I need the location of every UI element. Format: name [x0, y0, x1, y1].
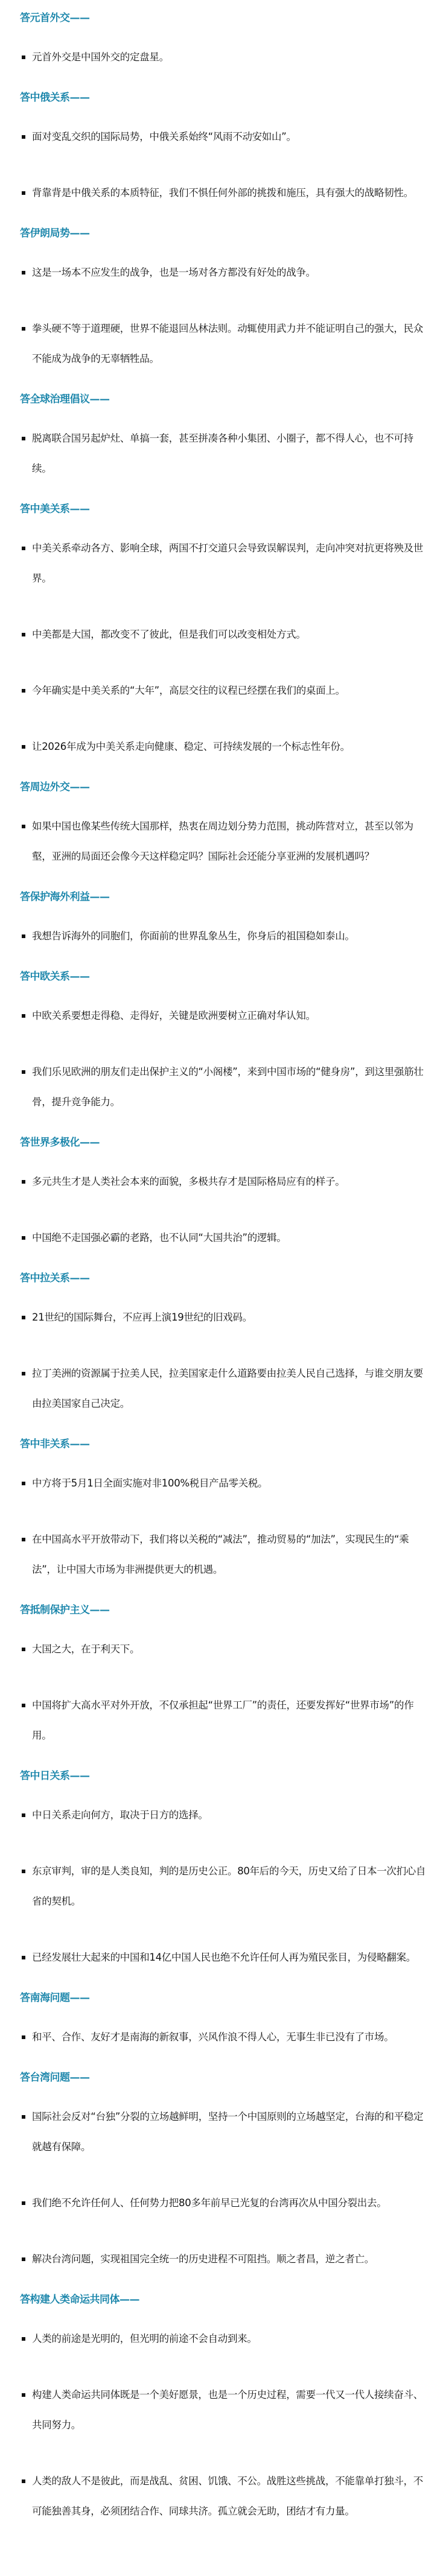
list-item: 解决台湾问题，实现祖国完全统一的历史进程不可阻挡。顺之者昌，逆之者亡。	[20, 2244, 432, 2274]
point-list: 脱离联合国另起炉灶、单搞一套，甚至拼凑各种小集团、小圈子，都不得人心，也不可持续…	[20, 424, 432, 484]
square-bullet-icon	[22, 547, 25, 550]
square-bullet-icon	[22, 2393, 25, 2397]
square-bullet-icon	[22, 1870, 25, 1873]
section-heading: 答抵制保护主义——	[20, 1598, 432, 1622]
point-text: 国际社会反对“台独”分裂的立场越鲜明，坚持一个中国原则的立场越坚定，台海的和平稳…	[32, 2111, 423, 2152]
section-heading: 答中欧关系——	[20, 965, 432, 989]
point-text: 元首外交是中国外交的定盘星。	[32, 51, 169, 63]
square-bullet-icon	[22, 1956, 25, 1959]
section-overseas-interests: 答保护海外利益—— 我想告诉海外的同胞们，你面前的世界乱象丛生，你身后的祖国稳如…	[20, 885, 432, 951]
list-item: 中方将于5月1日全面实施对非100%税目产品零关税。	[20, 1468, 432, 1499]
point-list: 多元共生才是人类社会本来的面貌，多极共存才是国际格局应有的样子。 中国绝不走国强…	[20, 1167, 432, 1253]
square-bullet-icon	[22, 934, 25, 938]
point-text: 今年确实是中美关系的“大年”，高层交往的议程已经摆在我们的桌面上。	[32, 685, 345, 696]
list-item: 多元共生才是人类社会本来的面貌，多极共存才是国际格局应有的样子。	[20, 1167, 432, 1197]
square-bullet-icon	[22, 1316, 25, 1319]
list-item: 让2026年成为中美关系走向健康、稳定、可持续发展的一个标志性年份。	[20, 732, 432, 762]
point-text: 中国绝不走国强必霸的老路，也不认同“大国共治”的逻辑。	[32, 1232, 287, 1243]
list-item: 我想告诉海外的同胞们，你面前的世界乱象丛生，你身后的祖国稳如泰山。	[20, 921, 432, 951]
square-bullet-icon	[22, 2337, 25, 2341]
point-text: 这是一场本不应发生的战争，也是一场对各方都没有好处的战争。	[32, 267, 316, 278]
point-list: 国际社会反对“台独”分裂的立场越鲜明，坚持一个中国原则的立场越坚定，台海的和平稳…	[20, 2102, 432, 2274]
square-bullet-icon	[22, 825, 25, 828]
section-iran: 答伊朗局势—— 这是一场本不应发生的战争，也是一场对各方都没有好处的战争。 拳头…	[20, 221, 432, 374]
section-heading: 答元首外交——	[20, 6, 432, 30]
list-item: 我们乐见欧洲的朋友们走出保护主义的“小阁楼”，来到中国市场的“健身房”，到这里强…	[20, 1057, 432, 1117]
point-list: 和平、合作、友好才是南海的新叙事，兴风作浪不得人心，无事生非已没有了市场。	[20, 2022, 432, 2052]
square-bullet-icon	[22, 633, 25, 636]
point-list: 大国之大，在于利天下。 中国将扩大高水平对外开放，不仅承担起“世界工厂”的责任，…	[20, 1634, 432, 1751]
point-text: 我们乐见欧洲的朋友们走出保护主义的“小阁楼”，来到中国市场的“健身房”，到这里强…	[32, 1066, 424, 1108]
section-taiwan: 答台湾问题—— 国际社会反对“台独”分裂的立场越鲜明，坚持一个中国原则的立场越坚…	[20, 2066, 432, 2274]
list-item: 东京审判，审的是人类良知，判的是历史公正。80年后的今天，历史又给了日本一次扪心…	[20, 1856, 432, 1917]
point-text: 多元共生才是人类社会本来的面貌，多极共存才是国际格局应有的样子。	[32, 1176, 345, 1187]
square-bullet-icon	[22, 2115, 25, 2119]
article-body: 答元首外交—— 元首外交是中国外交的定盘星。 答中俄关系—— 面对变乱交织的国际…	[0, 0, 446, 2576]
point-list: 面对变乱交织的国际局势，中俄关系始终“风雨不动安如山”。 背靠背是中俄关系的本质…	[20, 122, 432, 208]
list-item: 中日关系走向何方，取决于日方的选择。	[20, 1800, 432, 1830]
section-heading: 答南海问题——	[20, 1986, 432, 2010]
section-heading: 答中日关系——	[20, 1764, 432, 1788]
point-text: 中美关系牵动各方、影响全球，两国不打交道只会导致误解误判，走向冲突对抗更将殃及世…	[32, 542, 423, 584]
section-multipolarity: 答世界多极化—— 多元共生才是人类社会本来的面貌，多极共存才是国际格局应有的样子…	[20, 1131, 432, 1253]
list-item: 在中国高水平开放带动下，我们将以关税的“减法”，推动贸易的“加法”，实现民生的“…	[20, 1524, 432, 1585]
square-bullet-icon	[22, 1482, 25, 1485]
point-text: 人类的敌人不是彼此，而是战乱、贫困、饥饿、不公。战胜这些挑战，不能靠单打独斗，不…	[32, 2475, 423, 2517]
square-bullet-icon	[22, 191, 25, 195]
point-text: 中国将扩大高水平对外开放，不仅承担起“世界工厂”的责任，还要发挥好“世界市场”的…	[32, 1699, 413, 1741]
square-bullet-icon	[22, 437, 25, 440]
list-item: 面对变乱交织的国际局势，中俄关系始终“风雨不动安如山”。	[20, 122, 432, 152]
point-list: 元首外交是中国外交的定盘星。	[20, 42, 432, 72]
point-text: 我们绝不允许任何人、任何势力把80多年前早已光复的台湾再次从中国分裂出去。	[32, 2197, 386, 2209]
square-bullet-icon	[22, 1014, 25, 1018]
point-list: 这是一场本不应发生的战争，也是一场对各方都没有好处的战争。 拳头硬不等于道理硬，…	[20, 258, 432, 374]
list-item: 中美关系牵动各方、影响全球，两国不打交道只会导致误解误判，走向冲突对抗更将殃及世…	[20, 533, 432, 594]
point-list: 21世纪的国际舞台，不应再上演19世纪的旧戏码。 拉丁美洲的资源属于拉美人民，拉…	[20, 1302, 432, 1419]
square-bullet-icon	[22, 327, 25, 331]
point-text: 拳头硬不等于道理硬，世界不能退回丛林法则。动辄使用武力并不能证明自己的强大，民众…	[32, 323, 423, 364]
section-heading: 答构建人类命运共同体——	[20, 2288, 432, 2312]
square-bullet-icon	[22, 1180, 25, 1184]
point-list: 中日关系走向何方，取决于日方的选择。 东京审判，审的是人类良知，判的是历史公正。…	[20, 1800, 432, 1973]
point-text: 如果中国也像某些传统大国那样，热衷在周边划分势力范围，挑动阵营对立，甚至以邻为壑…	[32, 820, 413, 862]
square-bullet-icon	[22, 1813, 25, 1817]
point-text: 和平、合作、友好才是南海的新叙事，兴风作浪不得人心，无事生非已没有了市场。	[32, 2031, 393, 2043]
point-text: 面对变乱交织的国际局势，中俄关系始终“风雨不动安如山”。	[32, 131, 296, 142]
section-heading: 答周边外交——	[20, 775, 432, 799]
section-heading: 答全球治理倡议——	[20, 387, 432, 411]
point-text: 已经发展壮大起来的中国和14亿中国人民也绝不允许任何人再为殖民张目，为侵略翻案。	[32, 1952, 416, 1963]
point-text: 中美都是大国，都改变不了彼此，但是我们可以改变相处方式。	[32, 629, 306, 640]
square-bullet-icon	[22, 56, 25, 59]
square-bullet-icon	[22, 2479, 25, 2483]
section-heading: 答中美关系——	[20, 497, 432, 521]
section-heading: 答世界多极化——	[20, 1131, 432, 1155]
point-text: 中方将于5月1日全面实施对非100%税目产品零关税。	[32, 1477, 267, 1489]
point-list: 中方将于5月1日全面实施对非100%税目产品零关税。 在中国高水平开放带动下，我…	[20, 1468, 432, 1585]
square-bullet-icon	[22, 135, 25, 139]
list-item: 这是一场本不应发生的战争，也是一场对各方都没有好处的战争。	[20, 258, 432, 288]
list-item: 中国将扩大高水平对外开放，不仅承担起“世界工厂”的责任，还要发挥好“世界市场”的…	[20, 1690, 432, 1751]
point-text: 人类的前途是光明的，但光明的前途不会自动到来。	[32, 2333, 257, 2344]
section-heading: 答中非关系——	[20, 1432, 432, 1456]
list-item: 中国绝不走国强必霸的老路，也不认同“大国共治”的逻辑。	[20, 1223, 432, 1253]
point-list: 中欧关系要想走得稳、走得好，关键是欧洲要树立正确对华认知。 我们乐见欧洲的朋友们…	[20, 1001, 432, 1117]
point-text: 大国之大，在于利天下。	[32, 1643, 139, 1655]
point-text: 东京审判，审的是人类良知，判的是历史公正。80年后的今天，历史又给了日本一次扪心…	[32, 1865, 425, 1907]
section-china-us: 答中美关系—— 中美关系牵动各方、影响全球，两国不打交道只会导致误解误判，走向冲…	[20, 497, 432, 762]
list-item: 中欧关系要想走得稳、走得好，关键是欧洲要树立正确对华认知。	[20, 1001, 432, 1031]
list-item: 人类的前途是光明的，但光明的前途不会自动到来。	[20, 2324, 432, 2354]
list-item: 背靠背是中俄关系的本质特征，我们不惧任何外部的挑拨和施压，具有强大的战略韧性。	[20, 178, 432, 208]
list-item: 今年确实是中美关系的“大年”，高层交往的议程已经摆在我们的桌面上。	[20, 676, 432, 706]
point-text: 解决台湾问题，实现祖国完全统一的历史进程不可阻挡。顺之者昌，逆之者亡。	[32, 2253, 374, 2265]
point-list: 人类的前途是光明的，但光明的前途不会自动到来。 构建人类命运共同体既是一个美好愿…	[20, 2324, 432, 2527]
point-text: 我想告诉海外的同胞们，你面前的世界乱象丛生，你身后的祖国稳如泰山。	[32, 930, 355, 942]
section-china-japan: 答中日关系—— 中日关系走向何方，取决于日方的选择。 东京审判，审的是人类良知，…	[20, 1764, 432, 1973]
list-item: 人类的敌人不是彼此，而是战乱、贫困、饥饿、不公。战胜这些挑战，不能靠单打独斗，不…	[20, 2466, 432, 2527]
section-community-shared-future: 答构建人类命运共同体—— 人类的前途是光明的，但光明的前途不会自动到来。 构建人…	[20, 2288, 432, 2527]
square-bullet-icon	[22, 1070, 25, 1074]
section-china-russia: 答中俄关系—— 面对变乱交织的国际局势，中俄关系始终“风雨不动安如山”。 背靠背…	[20, 86, 432, 208]
section-heading: 答保护海外利益——	[20, 885, 432, 909]
point-text: 拉丁美洲的资源属于拉美人民，拉美国家走什么道路要由拉美人民自己选择，与谁交朋友要…	[32, 1368, 423, 1409]
section-heading: 答中拉关系——	[20, 1266, 432, 1290]
section-global-governance: 答全球治理倡议—— 脱离联合国另起炉灶、单搞一套，甚至拼凑各种小集团、小圈子，都…	[20, 387, 432, 484]
section-south-china-sea: 答南海问题—— 和平、合作、友好才是南海的新叙事，兴风作浪不得人心，无事生非已没…	[20, 1986, 432, 2052]
square-bullet-icon	[22, 745, 25, 749]
point-text: 背靠背是中俄关系的本质特征，我们不惧任何外部的挑拨和施压，具有强大的战略韧性。	[32, 187, 413, 198]
point-text: 21世纪的国际舞台，不应再上演19世纪的旧戏码。	[32, 1312, 252, 1323]
list-item: 大国之大，在于利天下。	[20, 1634, 432, 1664]
square-bullet-icon	[22, 1236, 25, 1240]
section-heading: 答台湾问题——	[20, 2066, 432, 2090]
section-head-of-state-diplomacy: 答元首外交—— 元首外交是中国外交的定盘星。	[20, 6, 432, 72]
section-anti-protectionism: 答抵制保护主义—— 大国之大，在于利天下。 中国将扩大高水平对外开放，不仅承担起…	[20, 1598, 432, 1751]
list-item: 拳头硬不等于道理硬，世界不能退回丛林法则。动辄使用武力并不能证明自己的强大，民众…	[20, 314, 432, 374]
point-text: 中日关系走向何方，取决于日方的选择。	[32, 1809, 208, 1821]
section-neighborhood-diplomacy: 答周边外交—— 如果中国也像某些传统大国那样，热衷在周边划分势力范围，挑动阵营对…	[20, 775, 432, 872]
list-item: 中美都是大国，都改变不了彼此，但是我们可以改变相处方式。	[20, 620, 432, 650]
list-item: 如果中国也像某些传统大国那样，热衷在周边划分势力范围，挑动阵营对立，甚至以邻为壑…	[20, 811, 432, 872]
point-text: 在中国高水平开放带动下，我们将以关税的“减法”，推动贸易的“加法”，实现民生的“…	[32, 1534, 409, 1575]
list-item: 和平、合作、友好才是南海的新叙事，兴风作浪不得人心，无事生非已没有了市场。	[20, 2022, 432, 2052]
square-bullet-icon	[22, 2035, 25, 2039]
square-bullet-icon	[22, 1538, 25, 1541]
point-text: 中欧关系要想走得稳、走得好，关键是欧洲要树立正确对华认知。	[32, 1010, 316, 1021]
section-heading: 答中俄关系——	[20, 86, 432, 110]
square-bullet-icon	[22, 2201, 25, 2205]
point-list: 如果中国也像某些传统大国那样，热衷在周边划分势力范围，挑动阵营对立，甚至以邻为壑…	[20, 811, 432, 872]
list-item: 拉丁美洲的资源属于拉美人民，拉美国家走什么道路要由拉美人民自己选择，与谁交朋友要…	[20, 1359, 432, 1419]
list-item: 构建人类命运共同体既是一个美好愿景，也是一个历史过程，需要一代又一代人接续奋斗、…	[20, 2380, 432, 2440]
list-item: 21世纪的国际舞台，不应再上演19世纪的旧戏码。	[20, 1302, 432, 1333]
list-item: 已经发展壮大起来的中国和14亿中国人民也绝不允许任何人再为殖民张目，为侵略翻案。	[20, 1943, 432, 1973]
square-bullet-icon	[22, 1648, 25, 1651]
section-china-latin-america: 答中拉关系—— 21世纪的国际舞台，不应再上演19世纪的旧戏码。 拉丁美洲的资源…	[20, 1266, 432, 1419]
section-heading: 答伊朗局势——	[20, 221, 432, 246]
list-item: 脱离联合国另起炉灶、单搞一套，甚至拼凑各种小集团、小圈子，都不得人心，也不可持续…	[20, 424, 432, 484]
point-text: 让2026年成为中美关系走向健康、稳定、可持续发展的一个标志性年份。	[32, 741, 350, 752]
square-bullet-icon	[22, 271, 25, 274]
list-item: 我们绝不允许任何人、任何势力把80多年前早已光复的台湾再次从中国分裂出去。	[20, 2188, 432, 2218]
square-bullet-icon	[22, 1372, 25, 1375]
section-china-africa: 答中非关系—— 中方将于5月1日全面实施对非100%税目产品零关税。 在中国高水…	[20, 1432, 432, 1585]
point-text: 脱离联合国另起炉灶、单搞一套，甚至拼凑各种小集团、小圈子，都不得人心，也不可持续…	[32, 433, 413, 474]
list-item: 元首外交是中国外交的定盘星。	[20, 42, 432, 72]
square-bullet-icon	[22, 1704, 25, 1707]
square-bullet-icon	[22, 689, 25, 693]
list-item: 国际社会反对“台独”分裂的立场越鲜明，坚持一个中国原则的立场越坚定，台海的和平稳…	[20, 2102, 432, 2162]
point-list: 我想告诉海外的同胞们，你面前的世界乱象丛生，你身后的祖国稳如泰山。	[20, 921, 432, 951]
point-text: 构建人类命运共同体既是一个美好愿景，也是一个历史过程，需要一代又一代人接续奋斗、…	[32, 2389, 423, 2431]
section-china-eu: 答中欧关系—— 中欧关系要想走得稳、走得好，关键是欧洲要树立正确对华认知。 我们…	[20, 965, 432, 1117]
point-list: 中美关系牵动各方、影响全球，两国不打交道只会导致误解误判，走向冲突对抗更将殃及世…	[20, 533, 432, 762]
square-bullet-icon	[22, 2257, 25, 2261]
